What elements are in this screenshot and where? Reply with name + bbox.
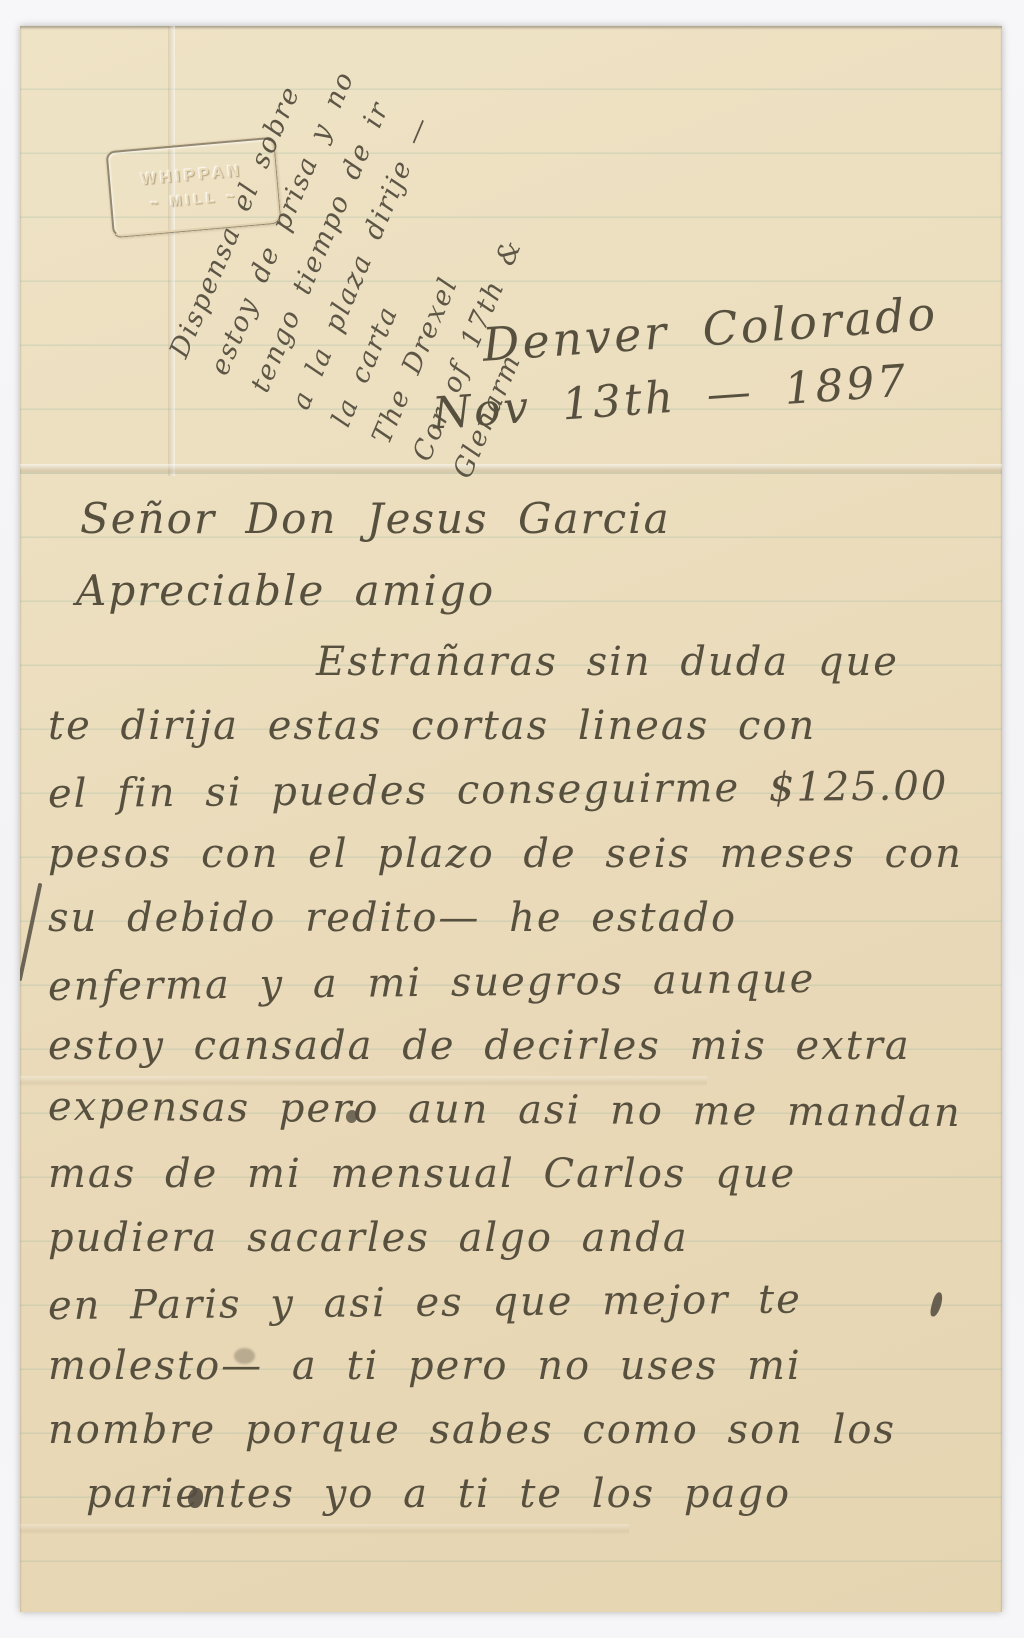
letter-paper: WHIPPAN ~ MILL ~ Dispensa el sobre estoy… — [20, 26, 1002, 1612]
letter-line: molesto— a ti pero no uses mi — [48, 1334, 992, 1398]
letter-line: nombre porque sabes como son los — [48, 1398, 992, 1462]
letter-line: te dirija estas cortas lineas con — [48, 694, 992, 758]
letter-line: el fin si puedes conseguirme $125.00 — [48, 754, 993, 826]
letter-line: estoy cansada de decirles mis extra — [48, 1014, 992, 1078]
letter-line: pesos con el plazo de seis meses con — [48, 822, 992, 886]
ink-spot — [346, 1110, 357, 1123]
letter-body: Estrañaras sin duda que te dirija estas … — [48, 630, 992, 1526]
fold-crease-vertical — [168, 26, 175, 476]
letter-line: en Paris y asi es que mejor te — [48, 1266, 993, 1338]
letter-line: mas de mi mensual Carlos que — [48, 1142, 992, 1206]
letter-line: expensas pero aun asi no me mandan — [48, 1075, 992, 1146]
letter-line: Estrañaras sin duda que — [48, 630, 992, 694]
ink-smudge — [234, 1348, 255, 1364]
scanned-letter: WHIPPAN ~ MILL ~ Dispensa el sobre estoy… — [0, 0, 1024, 1638]
greeting: Apreciable amigo — [76, 566, 495, 615]
letter-line: pudiera sacarles algo anda — [48, 1206, 992, 1270]
letter-line: enferma y a mi suegros aunque — [48, 945, 993, 1019]
salutation: Señor Don Jesus Garcia — [80, 494, 671, 543]
letter-line: su debido redito— he estado — [48, 886, 992, 950]
